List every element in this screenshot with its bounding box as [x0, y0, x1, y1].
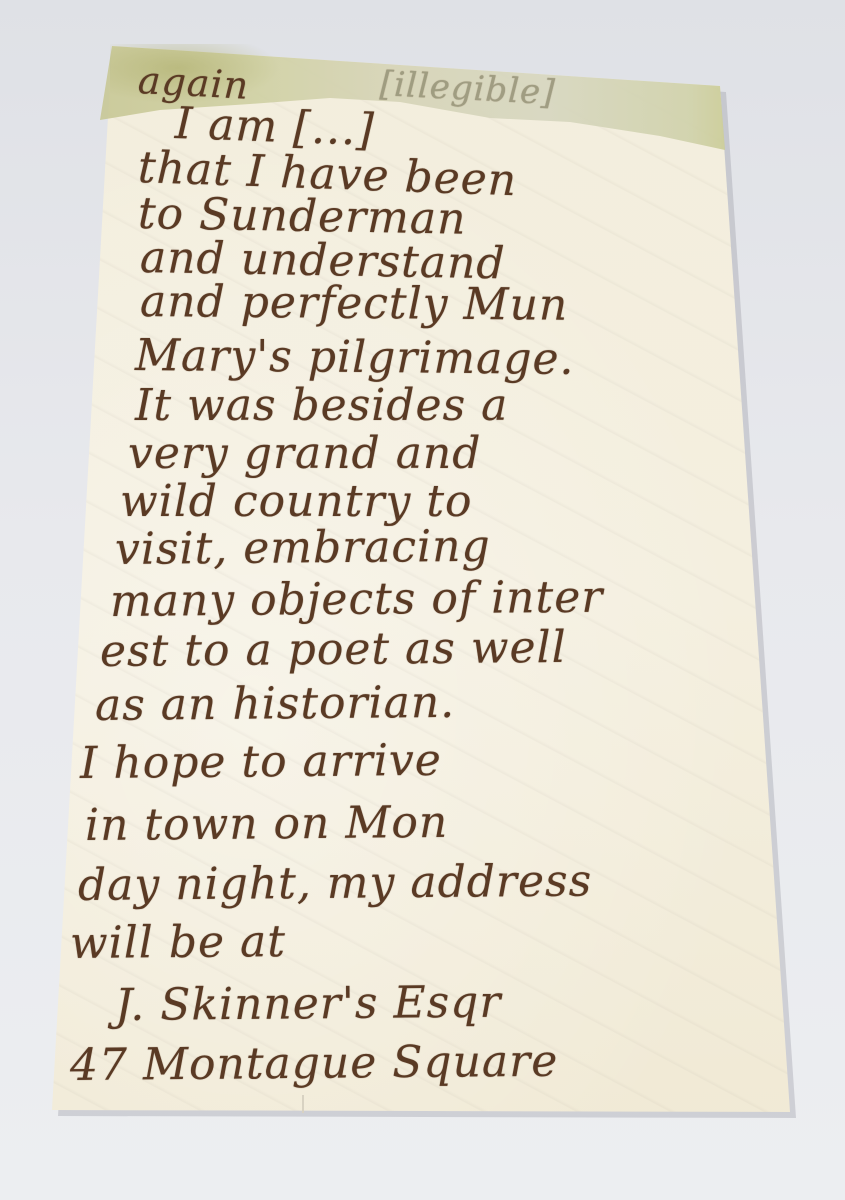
letter-line-14: as an historian.: [95, 677, 456, 731]
letter-line-18: will be at: [70, 916, 286, 969]
letter-line-6: and perfectly Mun: [140, 276, 569, 331]
letter-line-10: wild country to: [120, 476, 473, 527]
letter-line-19: J. Skinner's Esqr: [115, 977, 502, 1031]
letter-line-7: Mary's pilgrimage.: [135, 330, 575, 385]
letter-line-11: visit, embracing: [115, 521, 491, 575]
handwritten-letter: [illegible] again I am [...] that I have…: [0, 0, 845, 1200]
letter-line-8: It was besides a: [135, 380, 508, 431]
faded-header-text: [illegible]: [379, 64, 557, 113]
letter-line-12: many objects of inter: [110, 572, 604, 627]
letter-line-15: I hope to arrive: [80, 735, 442, 789]
letter-line-17: day night, my address: [78, 856, 593, 911]
letter-line-13: est to a poet as well: [100, 622, 567, 677]
letter-line-16: in town on Mon: [85, 797, 449, 851]
letter-line-20: 47 Montague Square: [70, 1036, 559, 1091]
letter-line-9: very grand and: [128, 428, 481, 479]
